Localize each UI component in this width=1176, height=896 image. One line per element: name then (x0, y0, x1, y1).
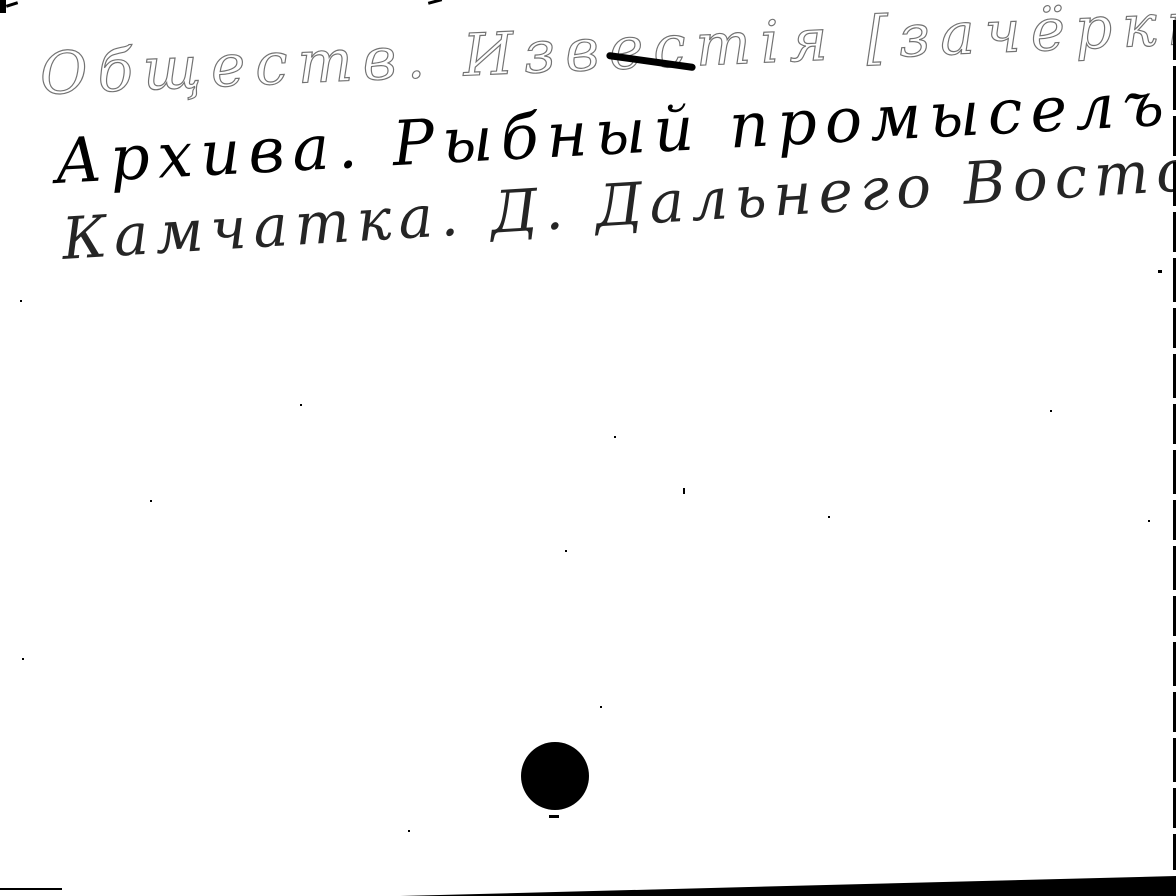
scan-speck (408, 830, 410, 832)
scan-speck (1050, 410, 1052, 412)
index-card: Обществ. Известія [зачёркнуто] … Архива.… (0, 0, 1176, 896)
scan-speck (600, 706, 602, 708)
bottom-left-edge-mark (0, 888, 62, 890)
scan-speck (428, 0, 442, 5)
scan-speck (828, 516, 830, 518)
scan-speck (614, 436, 616, 438)
punch-hole-mark (549, 815, 559, 818)
scan-speck (22, 658, 24, 660)
corner-mark (0, 0, 6, 13)
scan-speck (150, 500, 152, 502)
scan-speck (20, 300, 22, 302)
scan-speck (1148, 520, 1150, 522)
scan-speck (565, 550, 567, 552)
scan-speck (1158, 270, 1162, 273)
punch-hole (521, 742, 589, 810)
scan-speck (300, 404, 302, 406)
scan-speck (683, 488, 685, 494)
